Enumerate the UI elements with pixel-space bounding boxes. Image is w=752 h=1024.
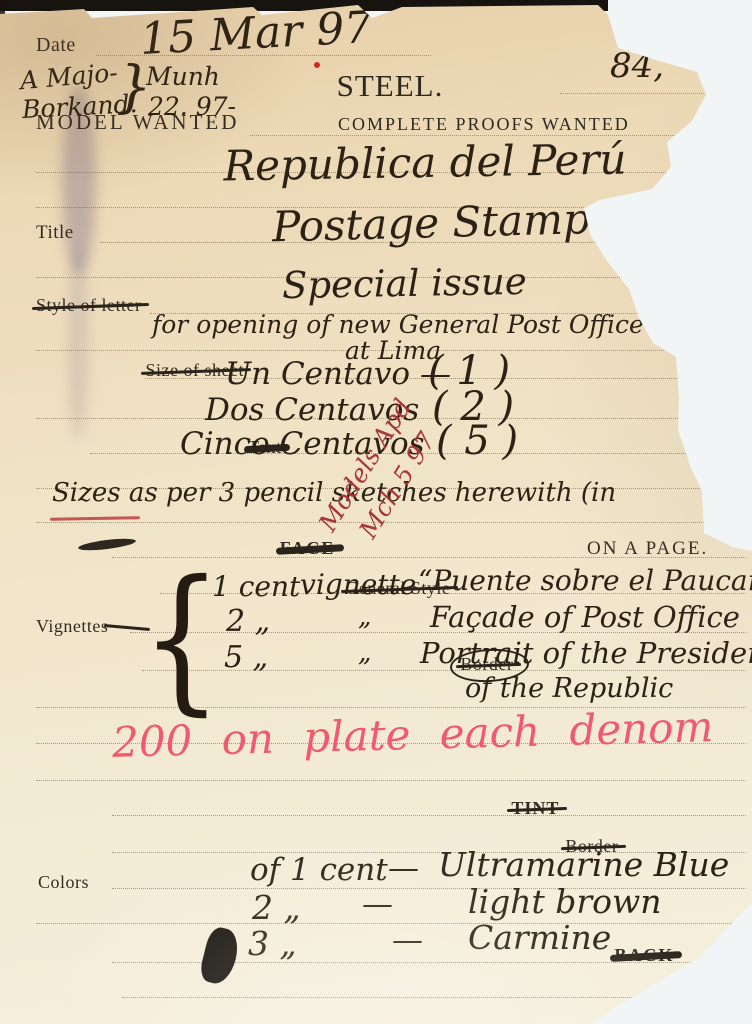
sender-place: Munh (146, 62, 220, 91)
vignette-row3-denom: 5 „ (224, 640, 268, 675)
vignette-continuation: of the Republic (465, 673, 673, 704)
vignette-row1-word: vignette (300, 568, 416, 601)
color-row2-dash: — (362, 886, 393, 922)
color-row1-value: Ultramarine Blue (438, 845, 729, 884)
ruled-line (122, 997, 746, 998)
on-a-page-label: ON A PAGE. (587, 538, 708, 560)
back-label: BACK (614, 945, 674, 966)
ruled-line (36, 780, 746, 781)
vignette-row1-denom: 1 cent (212, 570, 300, 603)
vignette-row2-denom: 2 „ (226, 604, 270, 639)
vignettes-label: Vignettes (36, 616, 108, 637)
vignette-brace: { (141, 548, 222, 731)
sender-name-1: A Majo- (19, 58, 119, 95)
vignette-row3-ditto: „ (358, 638, 371, 668)
page-number-handwriting: 84, (610, 46, 664, 86)
ruled-line (112, 815, 746, 816)
colors-label: Colors (38, 872, 89, 893)
title-value-handwriting: Postage Stamps (271, 194, 612, 252)
sender-reference: 22. 97- (148, 92, 236, 121)
issue-line2-handwriting: for opening of new General Post Office (152, 310, 644, 339)
tint-label: TINT (511, 798, 559, 819)
vignette-row2-ditto: „ (358, 602, 371, 632)
vignette-row1-subject: “Puente sobre el Paucartambo” (418, 564, 752, 597)
color-row1-dash: — (388, 850, 419, 886)
ruled-line (36, 923, 746, 924)
issue-line1-handwriting: Special issue (282, 260, 527, 307)
date-label: Date (36, 34, 76, 57)
country-handwriting: Republica del Perú (190, 134, 661, 191)
color-row2-denom: 2 „ (252, 888, 301, 927)
color-row3-denom: 3 „ (248, 924, 297, 963)
red-underline (50, 516, 140, 521)
face-strike-smear (78, 536, 137, 552)
title-label: Title (36, 222, 74, 244)
color-label: Color (690, 982, 734, 1003)
ink-stain (68, 250, 88, 440)
style-of-letter-label: Style of letter (36, 295, 141, 316)
color-row3-value: Carmine (468, 918, 611, 957)
color-row3-dash: — (392, 922, 423, 958)
ruled-line (560, 93, 750, 94)
vignette-row3-subject: Portrait of the President (420, 636, 752, 670)
form-subtitle: COMPLETE PROOFS WANTED (338, 114, 630, 135)
scanned-document: Date STEEL. COMPLETE PROOFS WANTED MODEL… (0, 0, 752, 1024)
order-form-paper: Date STEEL. COMPLETE PROOFS WANTED MODEL… (0, 0, 752, 1024)
ink-blot (198, 925, 243, 987)
color-row1-denom: of 1 cent (250, 852, 388, 888)
color-row2-value: light brown (468, 882, 662, 921)
vignette-row2-subject: Façade of Post Office (430, 600, 740, 634)
form-title: STEEL. (300, 68, 480, 104)
